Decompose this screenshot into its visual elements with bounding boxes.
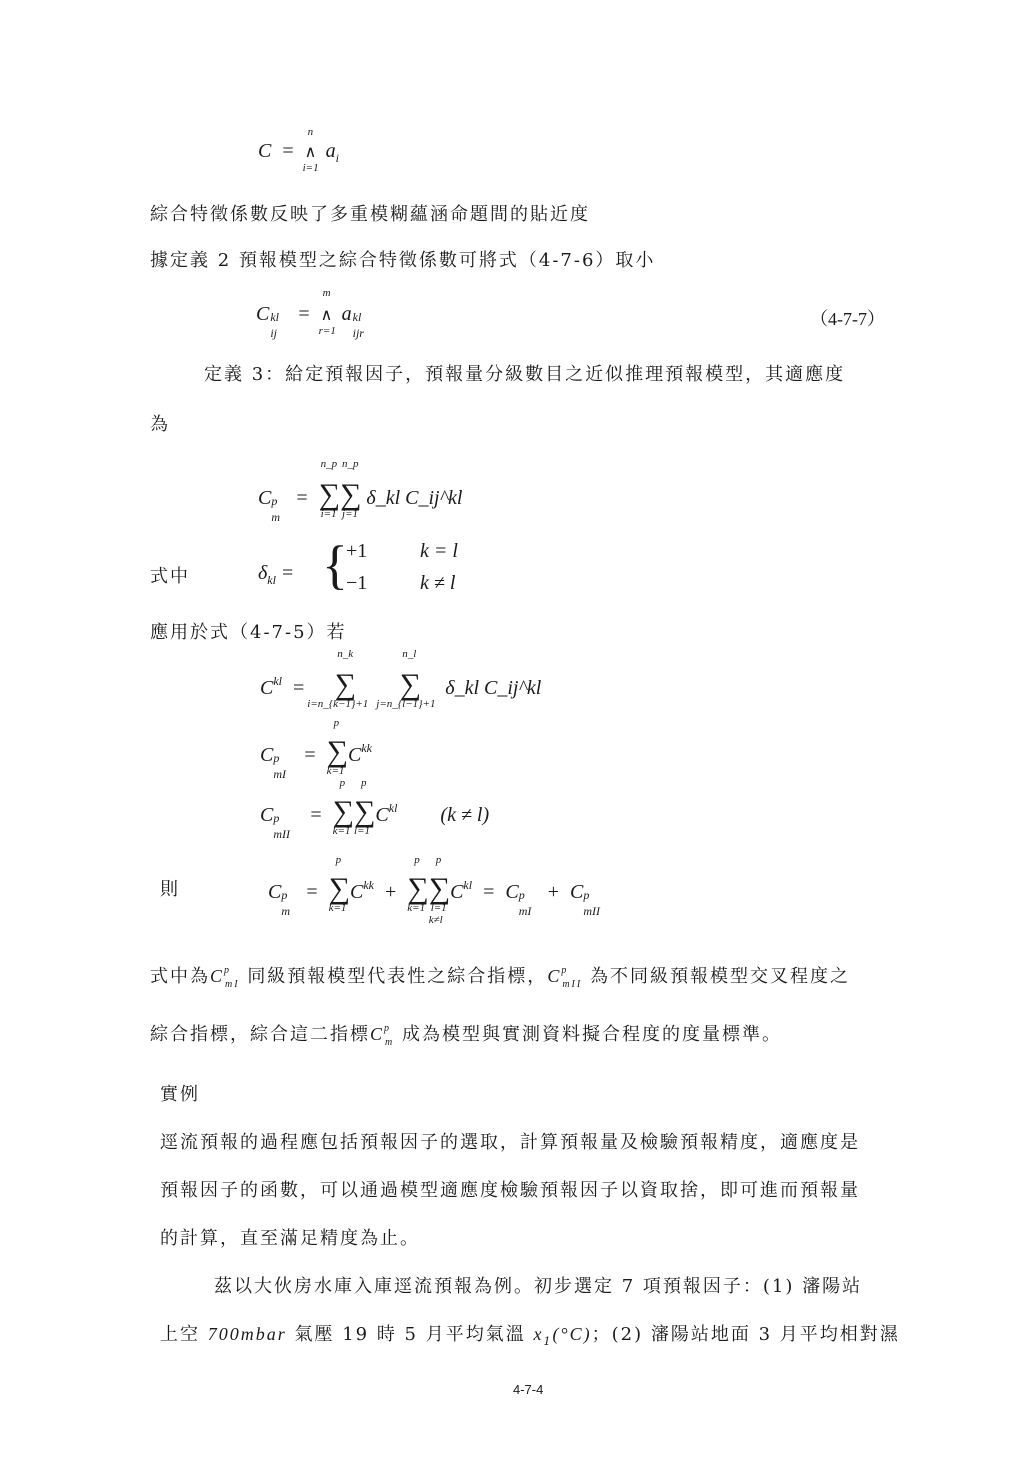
eq-lower-limit: k=1	[407, 902, 425, 914]
eq-lower-limit: l=1	[354, 825, 370, 837]
eq-term-sub: i	[336, 151, 339, 165]
wedge-operator-icon: ∧	[321, 307, 333, 324]
eq-lower-limit: r=1	[319, 325, 336, 337]
eq-lower-limit: i=n_{k−1}+1	[307, 698, 368, 710]
eq-symbol: C	[260, 677, 273, 699]
eq-lower-limit: j=n_{l−1}+1	[376, 698, 435, 710]
text-segment: 為不同級預報模型交叉程度之	[590, 966, 850, 987]
eq-upper-limit: n	[308, 126, 314, 138]
equation-number: （4-7-7）	[810, 305, 885, 331]
eq-symbol: C	[258, 140, 271, 162]
sigma-icon: ∑	[327, 735, 348, 768]
description-line: 式中為CpmI 同級預報模型代表性之綜合指標，CpmII 為不同級預報模型交叉程…	[150, 962, 850, 988]
variable-x: x	[533, 1324, 543, 1344]
eq-upper-limit: n_k	[337, 648, 353, 660]
eq-term: C	[375, 804, 388, 826]
eq-operator: =	[293, 677, 304, 700]
eq-operator: =	[296, 487, 307, 510]
paragraph-line: 的計算，直至滿足精度為止。	[160, 1224, 420, 1250]
eq-upper-limit: n_l	[402, 648, 416, 660]
variable-sub: 1	[543, 1335, 552, 1348]
sigma-icon: ∑	[335, 668, 356, 701]
text-segment: 氣壓 19 時 5 月平均氣溫	[287, 1324, 534, 1345]
eq-term: C	[350, 881, 363, 903]
eq-sub: mI	[273, 767, 286, 782]
unit-text: 700mbar	[208, 1324, 287, 1344]
eq-upper-limit: p	[334, 717, 340, 729]
eq-sub: mII	[583, 904, 600, 919]
sigma-icon: ∑	[400, 668, 421, 701]
case-condition: k ≠ l	[420, 572, 455, 595]
case-condition: k = l	[420, 540, 458, 563]
page-number: 4-7-4	[513, 1382, 543, 1397]
paragraph-line: 逕流預報的過程應包括預報因子的選取，計算預報量及檢驗預報精度，適應度是	[160, 1128, 860, 1154]
eq-lower-limit: l=1	[431, 902, 447, 914]
eq-upper-limit: p	[436, 854, 442, 866]
brace-icon: {	[322, 538, 348, 592]
eq-lower-limit: k=1	[327, 765, 345, 777]
eq-sub: kl	[267, 573, 276, 587]
eq-operator: =	[298, 303, 309, 326]
eq-sub: m	[271, 510, 280, 525]
eq-upper-limit: p	[361, 777, 367, 789]
equation-ckl: Ckl = n_k∑i=n_{k−1}+1 n_l∑j=n_{l−1}+1 δ_…	[260, 668, 541, 702]
eq-operator: =	[306, 881, 317, 904]
eq-term: δ_kl C_ij^kl	[445, 677, 541, 699]
eq-operator: =	[282, 562, 293, 585]
eq-sup: p	[273, 751, 279, 766]
where-label: 式中	[150, 562, 190, 588]
eq-upper-limit: p	[414, 854, 420, 866]
eq-sub: ijr	[353, 326, 364, 341]
eq-operator: =	[310, 804, 321, 827]
eq-upper-limit: m	[323, 287, 331, 299]
eq-sup: p	[583, 888, 589, 903]
eq-sub: ij	[270, 326, 277, 341]
eq-symbol: C	[260, 744, 273, 766]
eq-sub: mII	[273, 827, 290, 842]
eq-lower-condition: k≠l	[429, 914, 443, 926]
eq-sup: kk	[363, 878, 374, 892]
eq-lower-limit: j=1	[342, 508, 358, 520]
text-segment: 式中為	[150, 966, 210, 987]
eq-term: C	[348, 744, 361, 766]
text-segment: ；(2) 瀋陽站地面 3 月平均相對濕	[592, 1324, 900, 1345]
sigma-icon: ∑	[407, 872, 428, 905]
eq-sup: p	[281, 888, 287, 903]
eq-sup: kl	[270, 310, 279, 325]
definition-3-line: 為	[150, 410, 170, 436]
sigma-icon: ∑	[329, 872, 350, 905]
eq-lower-limit: k=1	[329, 902, 347, 914]
definition-3-line: 定義 3：給定預報因子，預報量分級數目之近似推理預報模型，其適應度	[204, 360, 845, 386]
wedge-operator-icon: ∧	[305, 144, 317, 161]
sigma-icon: ∑	[340, 478, 361, 511]
sigma-icon: ∑	[429, 872, 450, 905]
text-segment: 綜合指標，綜合這二指標	[150, 1024, 370, 1045]
eq-term: δ_kl C_ij^kl	[366, 487, 462, 509]
eq-symbol: C	[268, 881, 281, 903]
equation-cpm: Cpm = n_p∑i=1n_p∑j=1 δ_kl C_ij^kl	[258, 478, 462, 512]
eq-condition: (k ≠ l)	[440, 804, 489, 826]
eq-sup: p	[273, 811, 279, 826]
equation-c-min: C = n ∧ i=1 ai	[258, 140, 339, 180]
sigma-icon: ∑	[333, 795, 354, 828]
eq-sup: p	[271, 494, 277, 509]
text-segment: 上空	[160, 1324, 208, 1345]
eq-lower-limit: i=1	[321, 508, 337, 520]
paragraph-line: 綜合特徵係數反映了多重模糊蘊涵命題間的貼近度	[150, 200, 590, 226]
text-segment: 同級預報模型代表性之綜合指標，	[247, 966, 547, 987]
eq-upper-limit: p	[340, 777, 346, 789]
eq-symbol: C	[258, 487, 271, 509]
paragraph-line: 據定義 2 預報模型之綜合特徵係數可將式（4-7-6）取小	[150, 246, 655, 272]
eq-operator: =	[282, 140, 293, 163]
eq-sup: kl	[273, 674, 282, 688]
eq-term: a	[326, 140, 336, 162]
eq-term: C	[505, 881, 518, 903]
sigma-icon: ∑	[354, 795, 375, 828]
eq-sup: p	[519, 888, 525, 903]
eq-term: a	[342, 303, 352, 325]
eq-lower-limit: i=1	[303, 162, 319, 174]
equation-cm1: CpmI = p∑k=1Ckk	[260, 735, 372, 769]
equation-cm2: CpmII = p∑k=1p∑l=1Ckl (k ≠ l)	[260, 795, 489, 829]
eq-operator: =	[483, 881, 494, 904]
eq-operator: =	[304, 744, 315, 767]
paragraph-line: 上空 700mbar 氣壓 19 時 5 月平均氣溫 x1(°C)；(2) 瀋陽…	[160, 1320, 900, 1346]
eq-operator: +	[385, 881, 396, 904]
equation-total: Cpm = p∑k=1Ckk + p∑k=1p∑l=1k≠lCkl = CpmI…	[268, 872, 607, 906]
eq-operator: +	[548, 881, 559, 904]
eq-symbol: δ	[258, 562, 267, 584]
eq-term: C	[450, 881, 463, 903]
case-value: −1	[346, 572, 367, 595]
unit-text: (°C)	[552, 1324, 591, 1344]
description-line: 綜合指標，綜合這二指標Cpm 成為模型與實測資料擬合程度的度量標準。	[150, 1020, 782, 1046]
paragraph-line: 應用於式（4-7-5）若	[150, 618, 347, 644]
eq-sub: mI	[519, 904, 532, 919]
eq-sup: kk	[361, 741, 372, 755]
eq-sup: kl	[353, 310, 362, 325]
eq-lower-limit: k=1	[333, 825, 351, 837]
eq-term: C	[570, 881, 583, 903]
sigma-icon: ∑	[319, 478, 340, 511]
eq-upper-limit: n_p	[321, 458, 338, 470]
text-segment: 成為模型與實測資料擬合程度的度量標準。	[402, 1024, 782, 1045]
eq-sup: kl	[389, 801, 398, 815]
eq-upper-limit: n_p	[342, 458, 359, 470]
eq-symbol: C	[260, 804, 273, 826]
eq-sub: m	[281, 904, 290, 919]
example-heading: 實例	[160, 1080, 200, 1106]
paragraph-line: 預報因子的函數，可以通過模型適應度檢驗預報因子以資取捨，即可進而預報量	[160, 1176, 860, 1202]
eq-symbol: C	[256, 303, 269, 325]
case-value: +1	[346, 540, 367, 563]
then-label: 則	[160, 875, 180, 901]
eq-upper-limit: p	[336, 854, 342, 866]
eq-sup: kl	[463, 878, 472, 892]
paragraph-line: 茲以大伙房水庫入庫逕流預報為例。初步選定 7 項預報因子：(1) 瀋陽站	[214, 1272, 862, 1298]
equation-4-7-7: Cklij = m ∧ r=1 aklijr	[256, 303, 372, 326]
